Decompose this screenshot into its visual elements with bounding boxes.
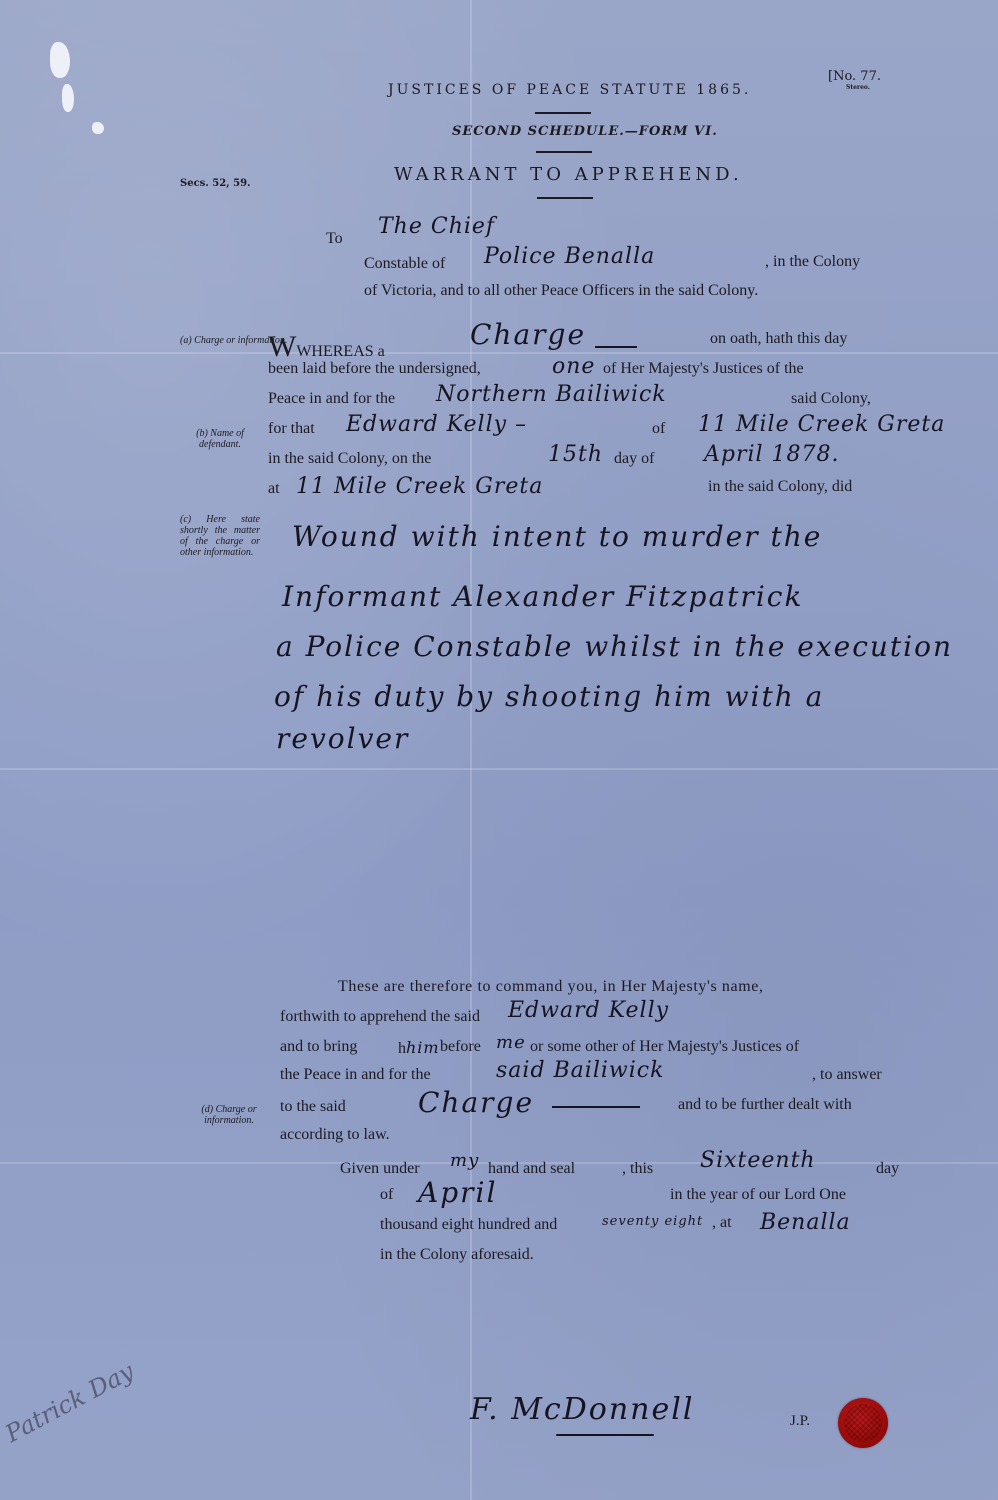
drop-cap: W: [268, 330, 296, 363]
charge-matter-line-2: Informant Alexander Fitzpatrick: [282, 580, 803, 613]
divider: [537, 197, 593, 199]
place-handwritten: 11 Mile Creek Greta: [296, 474, 543, 499]
before-text: before: [440, 1038, 481, 1056]
residence-handwritten: 11 Mile Creek Greta: [698, 412, 945, 437]
year-handwritten: seventy eight: [602, 1214, 703, 1229]
document-title: WARRANT TO APPREHEND.: [394, 164, 743, 185]
me-handwritten: me: [496, 1032, 526, 1053]
given-month-handwritten: April: [418, 1176, 497, 1209]
for-that-text: for that: [268, 420, 315, 438]
to-said-text: to the said: [280, 1098, 346, 1116]
to-label: To: [326, 230, 343, 248]
did-text: in the said Colony, did: [708, 478, 852, 496]
addressee-handwritten: The Chief: [378, 214, 495, 239]
apprehend-text: forthwith to apprehend the said: [280, 1008, 480, 1026]
at-text: at: [268, 480, 280, 498]
said-colony-text: said Colony,: [791, 390, 871, 408]
schedule-heading: SECOND SCHEDULE.—FORM VI.: [452, 124, 718, 139]
margin-note-b: (b) Name of defendant.: [180, 428, 260, 450]
form-number: [No. 77.: [828, 69, 881, 84]
pencil-annotation: Patrick Day: [1, 1357, 139, 1448]
thousand-text: thousand eight hundred and: [380, 1216, 557, 1234]
given-day-handwritten: Sixteenth: [700, 1148, 816, 1173]
form-number-sub: Stereo.: [846, 84, 870, 91]
of-text: of: [652, 420, 665, 438]
statute-heading: JUSTICES OF PEACE STATUTE 1865.: [388, 82, 751, 98]
given-place-handwritten: Benalla: [760, 1210, 851, 1235]
address-line-2: of Victoria, and to all other Peace Offi…: [364, 282, 758, 300]
sections-reference: Secs. 52, 59.: [180, 178, 251, 189]
to-answer-text: , to answer: [812, 1066, 882, 1084]
oath-text: on oath, hath this day: [710, 330, 847, 348]
paper-tear: [62, 84, 74, 112]
fold-crease-horizontal: [0, 352, 998, 354]
margin-note-c: (c) Here state shortly the matter of the…: [180, 514, 260, 558]
margin-note-b-text: (b) Name of defendant.: [196, 428, 244, 450]
colony-aforesaid-text: in the Colony aforesaid.: [380, 1246, 534, 1264]
him-handwritten: him: [406, 1038, 440, 1057]
laid-text: been laid before the undersigned,: [268, 360, 481, 378]
peace-for-text: the Peace in and for the: [280, 1066, 431, 1084]
further-text: and to be further dealt with: [678, 1096, 852, 1114]
paper-tear: [50, 42, 70, 78]
command-charge-handwritten: Charge: [418, 1086, 534, 1119]
justices-text: of Her Majesty's Justices of the: [603, 360, 804, 378]
justice-signature: F. McDonnell: [470, 1392, 694, 1427]
this-text: , this: [622, 1160, 653, 1178]
law-text: according to law.: [280, 1126, 390, 1144]
charge-matter-line-1: Wound with intent to murder the: [292, 520, 822, 553]
bring-text: and to bring: [280, 1038, 357, 1056]
some-other-text: or some other of Her Majesty's Justices …: [530, 1038, 799, 1056]
charge-matter-line-4: of his duty by shooting him with a: [274, 680, 824, 713]
signature-flourish: [556, 1434, 654, 1436]
colony-suffix: , in the Colony: [765, 253, 860, 271]
margin-note-c-text: (c) Here state shortly the matter of the…: [180, 514, 260, 558]
defendant-handwritten: Edward Kelly –: [346, 412, 527, 437]
day-text: day: [876, 1160, 899, 1178]
apprehend-name-handwritten: Edward Kelly: [508, 998, 669, 1023]
whereas-lead: WWHEREAS a: [268, 330, 385, 364]
year-of-text: in the year of our Lord One: [670, 1186, 846, 1204]
my-handwritten: my: [450, 1150, 479, 1171]
day-of-text: day of: [614, 450, 654, 468]
command-line-1: These are therefore to command you, in H…: [338, 978, 764, 996]
month-handwritten: April 1878.: [704, 442, 840, 467]
day-handwritten: 15th: [548, 442, 603, 467]
given-at-text: , at: [712, 1214, 732, 1232]
jp-title: J.P.: [790, 1413, 810, 1430]
on-the-text: in the said Colony, on the: [268, 450, 431, 468]
one-handwritten: one: [552, 354, 595, 379]
divider: [535, 112, 591, 114]
given-of-text: of: [380, 1186, 393, 1204]
margin-note-d: (d) Charge or information.: [188, 1104, 270, 1126]
fill-line: [595, 346, 637, 348]
charge-matter-line-3: a Police Constable whilst in the executi…: [276, 630, 953, 663]
constable-label: Constable of: [364, 255, 445, 273]
command-bailiwick-handwritten: said Bailiwick: [496, 1058, 664, 1083]
station-handwritten: Police Benalla: [484, 244, 655, 269]
divider: [536, 151, 592, 153]
charge-handwritten: Charge: [470, 318, 586, 351]
given-under-text: Given under: [340, 1160, 420, 1178]
fill-line: [552, 1106, 640, 1108]
fold-crease-horizontal: [0, 768, 998, 770]
paper-tear: [92, 122, 104, 134]
whereas-text: WHEREAS a: [296, 343, 384, 360]
peace-text: Peace in and for the: [268, 390, 395, 408]
warrant-document: JUSTICES OF PEACE STATUTE 1865. [No. 77.…: [0, 0, 998, 1500]
hand-seal-text: hand and seal: [488, 1160, 575, 1178]
wax-seal-icon: [838, 1398, 888, 1448]
charge-matter-line-5: revolver: [276, 722, 409, 755]
bailiwick-handwritten: Northern Bailiwick: [436, 382, 667, 407]
him-text: hhim: [398, 1038, 440, 1058]
margin-note-d-text: (d) Charge or information.: [201, 1104, 256, 1126]
